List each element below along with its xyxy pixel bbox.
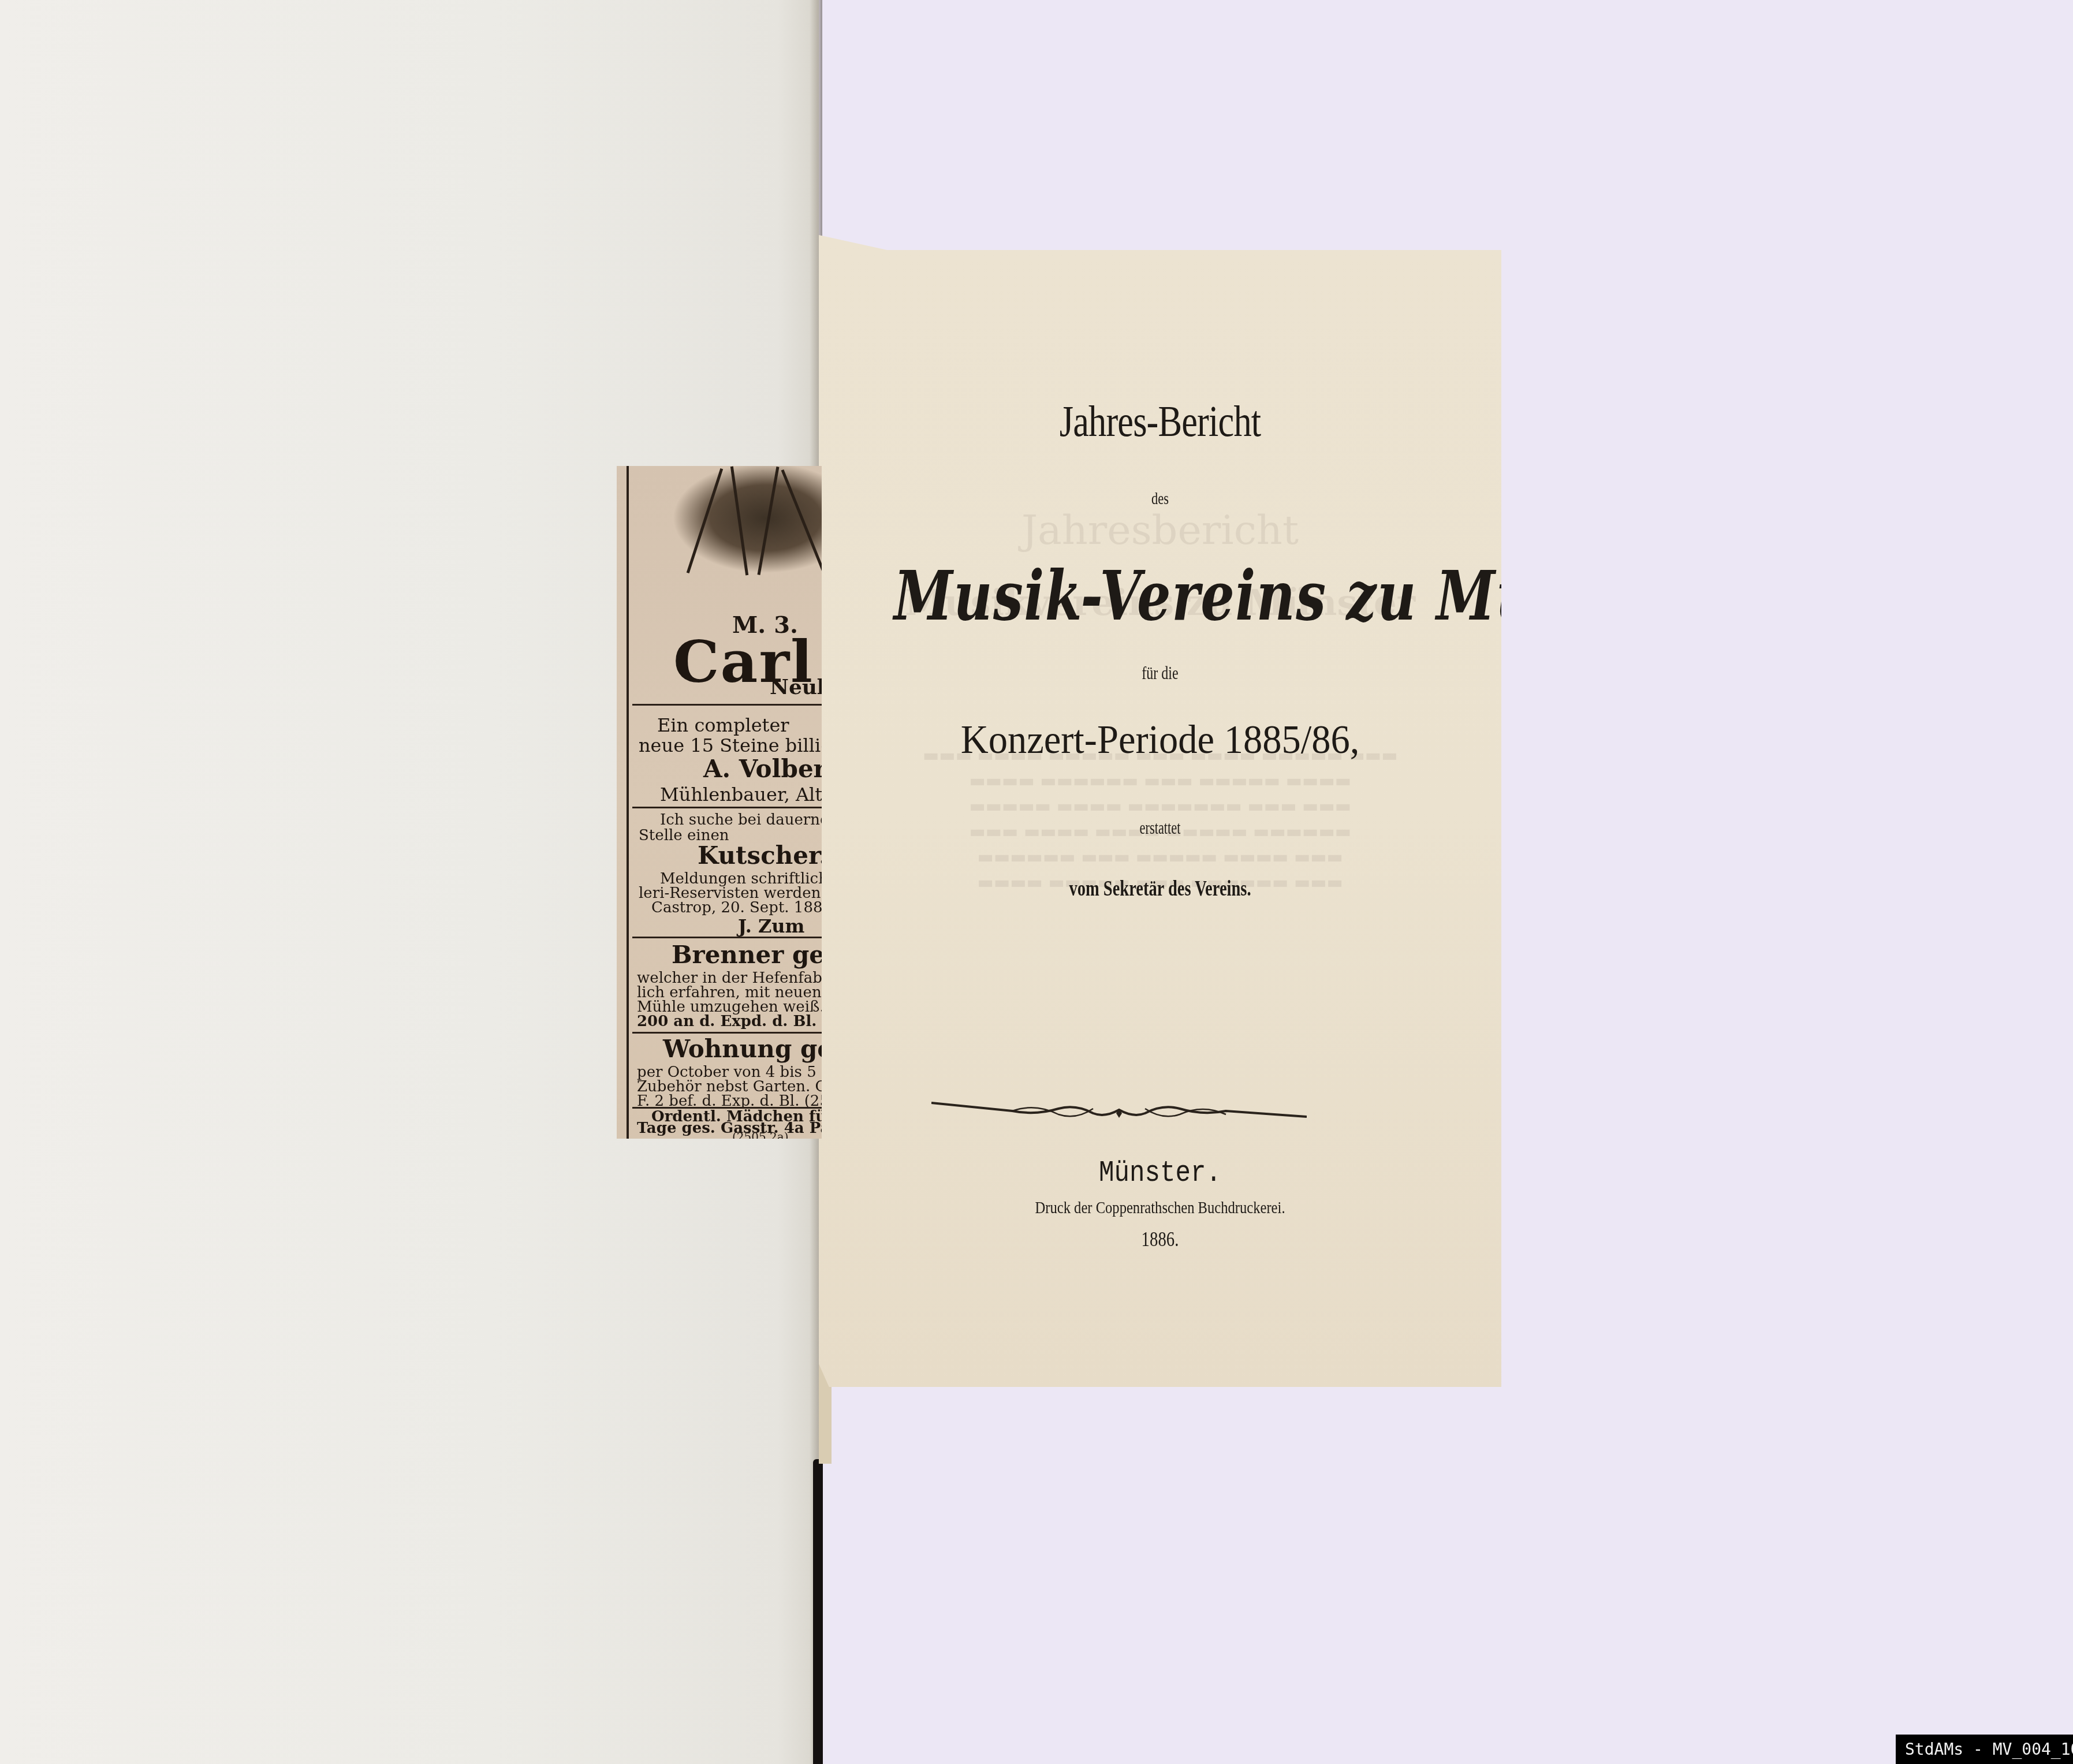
society-name: Musik-Vereins zu Münster <box>894 555 1426 636</box>
ad-divider <box>632 937 822 938</box>
bleed-through-text: Jahresbericht <box>819 506 1501 554</box>
imprint-printer: Druck der Coppenrathschen Buchdruckerei. <box>880 1198 1440 1218</box>
title-connector-2: für die <box>904 662 1416 684</box>
millstone-illustration-icon <box>669 466 822 581</box>
ad-headline: Kutscher. <box>698 841 822 870</box>
ad-text: Castrop, 20. Sept. 1886. <box>651 899 822 916</box>
newspaper-clipping: M. 3. Carl Neubr Ein completer neue 15 S… <box>617 466 822 1139</box>
illustration-strut <box>687 468 723 573</box>
ad-headline: Wohnung gesu <box>663 1035 822 1063</box>
ad-text: 200 an d. Expd. d. Bl. <box>637 1013 816 1030</box>
column-rule <box>627 466 629 1139</box>
ad-divider <box>632 1032 822 1034</box>
ad-signature: J. Zum <box>738 915 804 937</box>
illustration-strut <box>730 467 748 576</box>
ad-text: Ich suche bei dauernder <box>660 811 822 829</box>
illustration-strut <box>758 467 780 575</box>
title-connector-3: erstattet <box>921 817 1399 838</box>
book-spine-binding <box>813 1459 823 1764</box>
author-line: vom Sekretär des Vereins. <box>904 876 1416 901</box>
archive-label: StdAMs - MV_004_100 <box>1896 1735 2073 1764</box>
ad-divider <box>632 704 822 706</box>
ad-headline: A. Volbert, <box>703 755 822 783</box>
title-heading: Jahres-Bericht <box>880 397 1440 447</box>
ad-text: Ein completer <box>657 714 789 736</box>
ad-divider <box>632 807 822 808</box>
ad-text: neue 15 Steine billig ab <box>639 734 822 756</box>
ad-text: Mühlenbauer, Alten <box>660 784 822 805</box>
ad-headline: Brenner gesuch <box>672 941 822 969</box>
imprint-city: Münster. <box>870 1156 1451 1190</box>
ad-text: Tage ges. Gasstr. 4a Par <box>637 1120 822 1137</box>
clipping-header-sub: Neubr <box>770 675 822 699</box>
imprint-year: 1886. <box>887 1227 1433 1251</box>
concert-period: Konzert-Periode 1885/86, <box>836 717 1485 763</box>
title-page: Jahresbericht Musikvereins zu Münster ▬▬… <box>819 235 1501 1387</box>
illustration-strut <box>781 469 822 572</box>
title-connector: des <box>904 489 1416 509</box>
ornament-rule-icon <box>931 1098 1307 1127</box>
ad-reference: (2505 2a) <box>732 1130 789 1139</box>
